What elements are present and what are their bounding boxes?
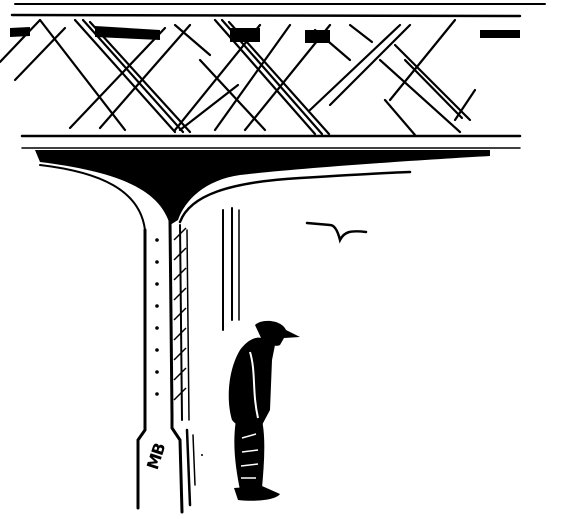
bridge-girder xyxy=(0,4,545,148)
illustration xyxy=(0,0,569,519)
standing-figure xyxy=(229,321,300,501)
flying-bird xyxy=(307,223,366,240)
